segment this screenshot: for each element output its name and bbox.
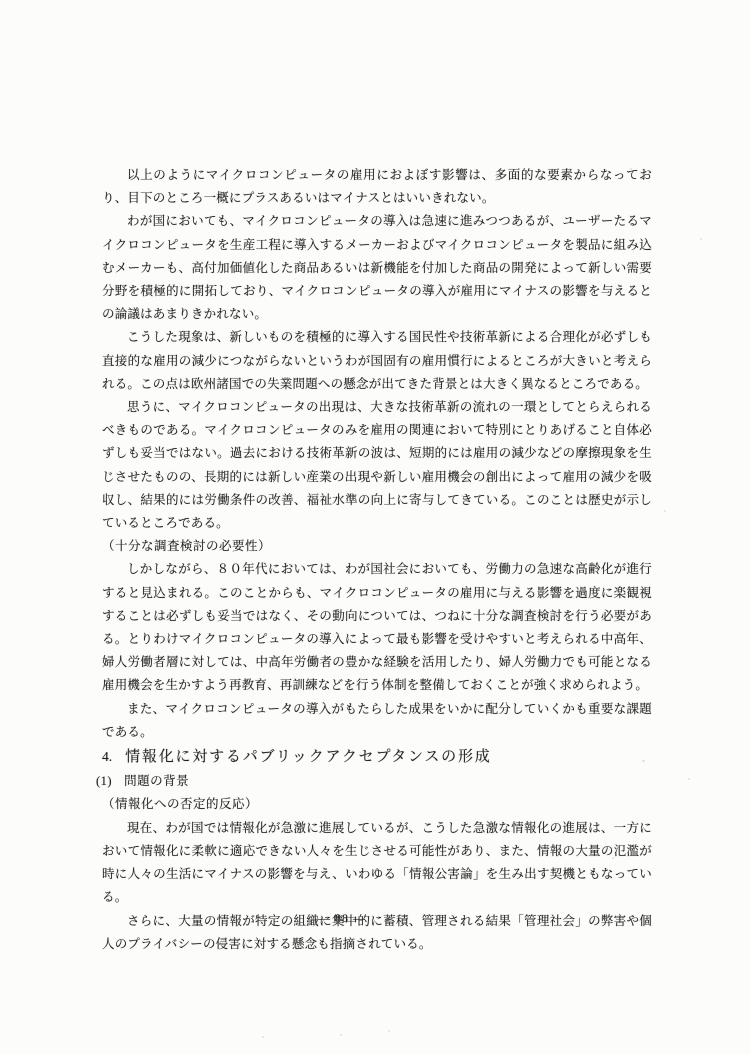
paragraph-technological-innovation-history: 思うに、マイクロコンピュータの出現は、大きな技術革新の流れの一環としてとらえられ… xyxy=(102,396,652,535)
speckle-dot xyxy=(642,760,645,762)
paragraph-distribution-of-results: また、マイクロコンピュータの導入がもたらした成果をいかに配分していくかも重要な課… xyxy=(102,698,652,744)
speckle-dot xyxy=(340,1034,342,1036)
speckle-dot xyxy=(388,1030,390,1032)
parenthetical-heading-survey-necessity: （十分な調査検討の必要性） xyxy=(102,535,652,558)
subsection-number: (1) xyxy=(96,770,112,793)
subsection-title: 問題の背景 xyxy=(124,774,189,788)
document-body: 以上のようにマイクロコンピュータの雇用におよぼす影響は、多面的な要素からなってお… xyxy=(102,164,652,956)
scanned-document-page: 以上のようにマイクロコンピュータの雇用におよぼす影響は、多面的な要素からなってお… xyxy=(0,0,750,1054)
section-title: 情報化に対するパブリックアクセプタンスの形成 xyxy=(125,749,491,765)
section-number: 4. xyxy=(102,745,112,768)
page-number: ― 88 ― xyxy=(282,911,402,926)
speckle-dot xyxy=(688,778,690,780)
speckle-dot xyxy=(630,168,632,170)
speckle-dot xyxy=(262,1036,264,1038)
parenthetical-heading-negative-reaction: （情報化への否定的反応） xyxy=(102,793,652,816)
speckle-dot xyxy=(596,179,598,181)
subsection-heading-problem-background: (1)問題の背景 xyxy=(96,770,652,793)
speckle-dot xyxy=(664,510,666,512)
speckle-dot xyxy=(700,238,702,240)
speckle-dot xyxy=(548,172,551,174)
paragraph-aging-workforce: しかしながら、８０年代においては、わが国社会においても、労働力の急速な高齢化が進… xyxy=(102,558,652,697)
speckle-dot xyxy=(612,857,614,859)
paragraph-national-character: こうした現象は、新しいものを積極的に導入する国民性や技術革新による合理化が必ずし… xyxy=(102,326,652,396)
paragraph-japan-adoption: わが国においても、マイクロコンピュータの導入は急速に進みつつあるが、ユーザーたる… xyxy=(102,210,652,326)
paragraph-informatization-progress: 現在、わが国では情報化が急激に進展しているが、こうした急激な情報化の進展は、一方… xyxy=(102,817,652,910)
paragraph-employment-impact-summary: 以上のようにマイクロコンピュータの雇用におよぼす影響は、多面的な要素からなってお… xyxy=(102,164,652,210)
section-heading-public-acceptance: 4.情報化に対するパブリックアクセプタンスの形成 xyxy=(102,745,652,769)
